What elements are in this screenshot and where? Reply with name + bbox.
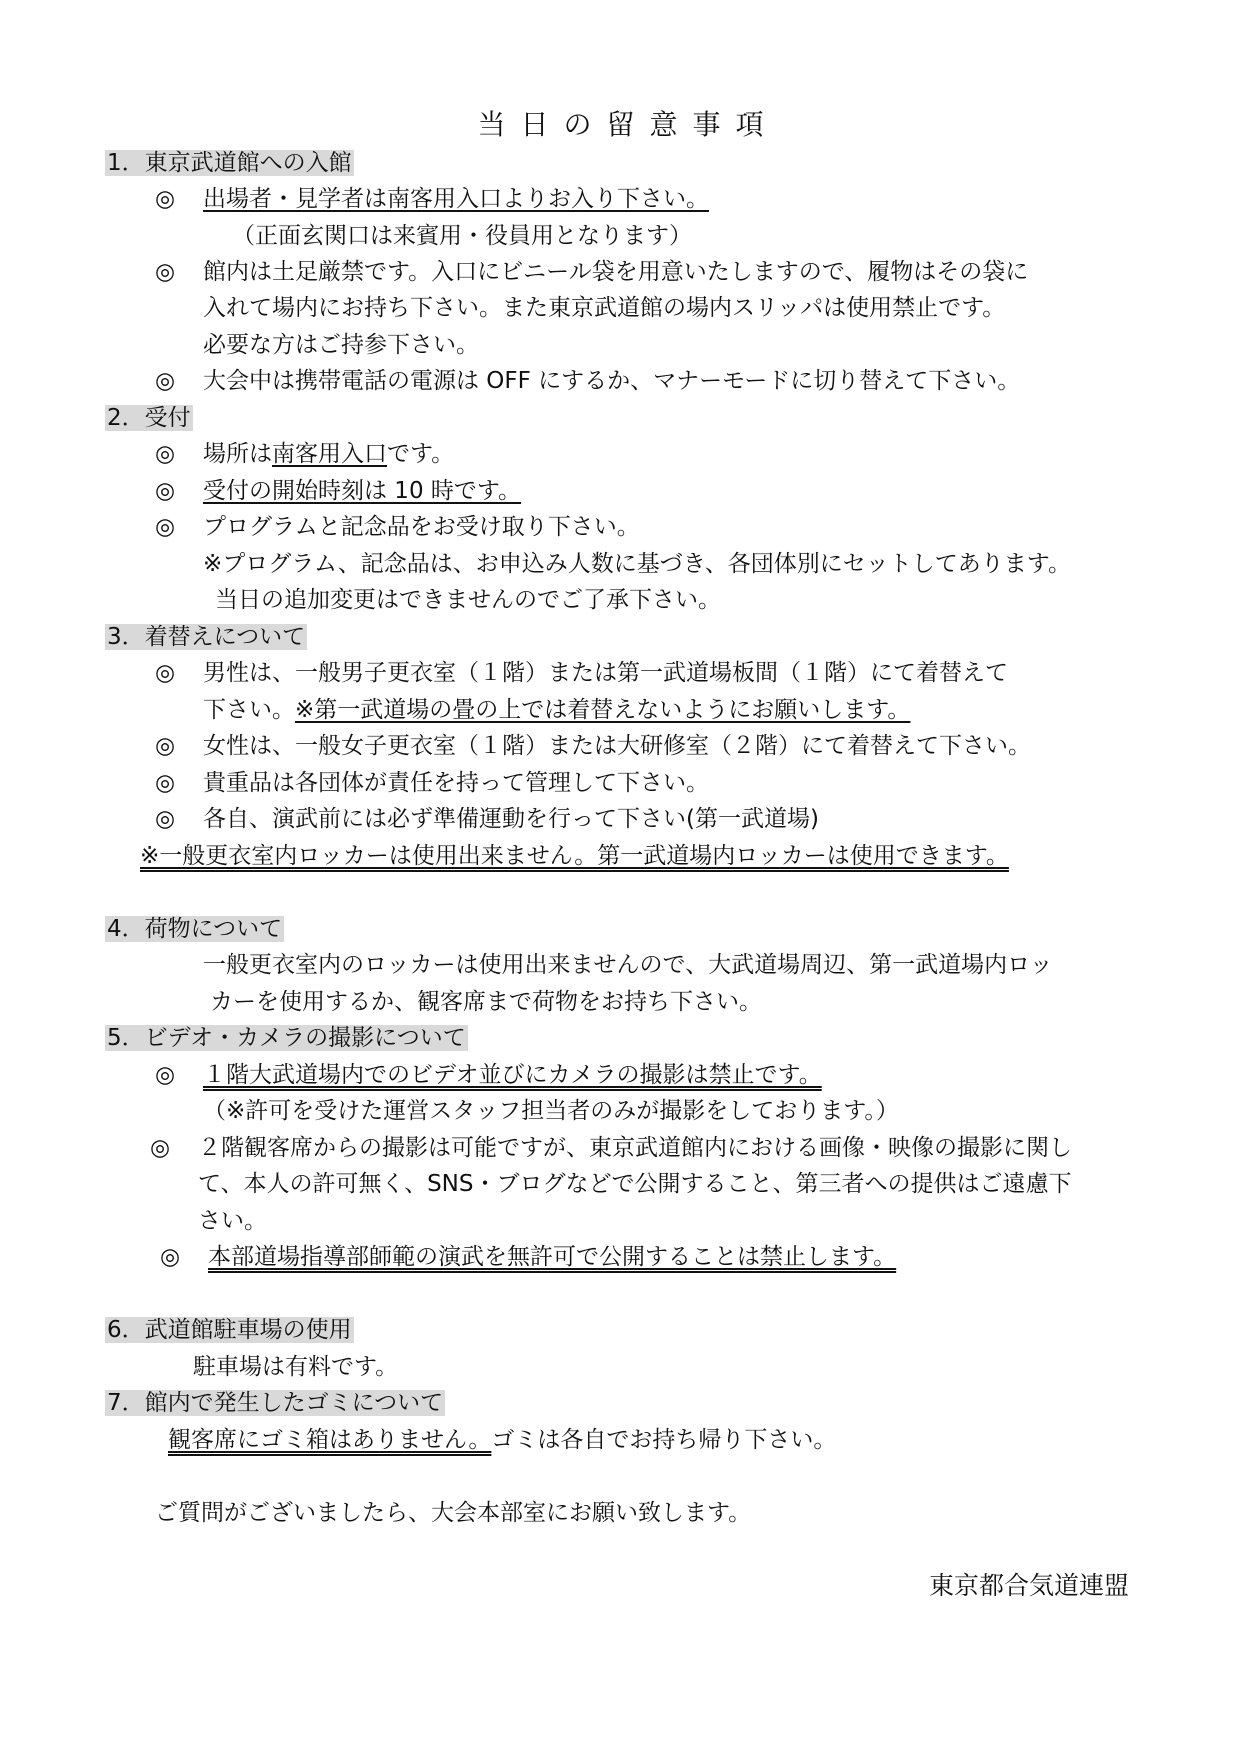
list-item: ◎大会中は携帯電話の電源は OFF にするか、マナーモードに切り替えて下さい。 [155, 366, 1020, 396]
list-item: （※許可を受けた運営スタッフ担当者のみが撮影をしております。） [203, 1096, 899, 1126]
section-heading-7: 7．館内で発生したゴミについて [105, 1388, 445, 1418]
list-item: ※プログラム、記念品は、お申込み人数に基づき、各団体別にセットしてあります。 [203, 549, 1071, 579]
list-item: カーを使用するか、観客席まで荷物をお持ち下さい。 [210, 987, 762, 1017]
list-item: ◎本部道場指導部師範の演武を無許可で公開することは禁止します。 [160, 1242, 896, 1272]
signature: 東京都合気道連盟 [929, 1570, 1129, 1602]
list-item: 駐車場は有料です。 [193, 1352, 398, 1382]
list-item: さい。 [198, 1206, 267, 1236]
list-item: ◎貴重品は各団体が責任を持って管理して下さい。 [155, 768, 709, 798]
list-item: 必要な方はご持参下さい。 [203, 330, 479, 360]
list-item: ◎男性は、一般男子更衣室（１階）または第一武道場板間（１階）にて着替えて [155, 658, 1008, 688]
list-item: て、本人の許可無く、SNS・ブログなどで公開すること、第三者への提供はご遠慮下 [198, 1169, 1071, 1199]
section-heading-3: 3．着替えについて [105, 622, 307, 652]
list-item: ◎プログラムと記念品をお受け取り下さい。 [155, 512, 640, 542]
list-item: ◎各自、演武前には必ず準備運動を行って下さい(第一武道場) [155, 804, 819, 834]
list-item: ◎女性は、一般女子更衣室（１階）または大研修室（２階）にて着替えて下さい。 [155, 731, 1031, 761]
section-heading-5: 5．ビデオ・カメラの撮影について [105, 1023, 468, 1053]
list-item: ◎２階観客席からの撮影は可能ですが、東京武道館内における画像・映像の撮影に関し [150, 1133, 1072, 1163]
list-item: （正面玄関口は来賓用・役員用となります） [232, 221, 692, 251]
closing-text: ご質問がございましたら、大会本部室にお願い致します。 [155, 1498, 751, 1528]
list-item: 入れて場内にお持ち下さい。また東京武道館の場内スリッパは使用禁止です。 [203, 293, 1005, 323]
section-heading-1: 1．東京武道館への入館 [105, 148, 354, 178]
list-item: ◎館内は土足厳禁です。入口にビニール袋を用意いたしますので、履物はその袋に [155, 257, 1028, 287]
list-item: ※一般更衣室内ロッカーは使用出来ません。第一武道場内ロッカーは使用できます。 [140, 841, 1009, 871]
section-heading-2: 2．受付 [105, 403, 193, 433]
list-item: 観客席にゴミ箱はありません。ゴミは各自でお持ち帰り下さい。 [168, 1425, 836, 1455]
list-item: ◎１階大武道場内でのビデオ並びにカメラの撮影は禁止です。 [155, 1060, 822, 1090]
section-heading-6: 6．武道館駐車場の使用 [105, 1315, 354, 1345]
document-title: 当日の留意事項 [0, 103, 1241, 143]
list-item: ◎出場者・見学者は南客用入口よりお入り下さい。 [155, 184, 709, 214]
list-item: 当日の追加変更はできませんのでご了承下さい。 [215, 585, 721, 615]
section-heading-4: 4．荷物について [105, 914, 284, 944]
list-item: ◎受付の開始時刻は 10 時です。 [155, 476, 521, 506]
list-item: ◎場所は南客用入口です。 [155, 439, 454, 469]
list-item: 下さい。※第一武道場の畳の上では着替えないようにお願いします。 [203, 695, 910, 725]
list-item: 一般更衣室内のロッカーは使用出来ませんので、大武道場周辺、第一武道場内ロッ [203, 950, 1053, 980]
